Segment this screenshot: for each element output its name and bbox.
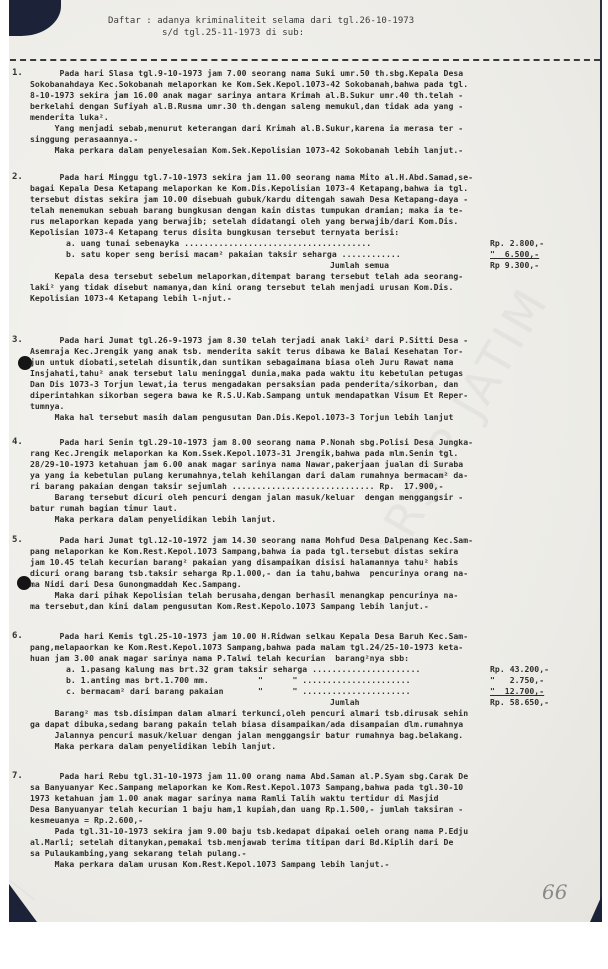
entry-line: Kepolisian 1073-4 Ketapang lebih l-njut.…: [30, 293, 232, 304]
entry-line: Maka perkara dalam penyelidikan lebih la…: [30, 514, 276, 525]
entry-line: tumnya.: [30, 401, 64, 412]
entry-line: al.Marli; setelah ditanykan,pemakai tsb.…: [30, 837, 453, 848]
entry-line: huan jam 3.00 anak magar sarinya nama P.…: [30, 653, 409, 664]
item-label: a. 1.pasang kalung mas brt.32 gram taksi…: [66, 664, 420, 675]
entry-line: dicuri orang barang tsb.taksir seharga R…: [30, 568, 468, 579]
entry-line: Maka perkara dalam penyelesaian Kom.Sek.…: [30, 145, 463, 156]
entry-line: pang melaporkan ke Kom.Rest.Kepol.1073 S…: [30, 546, 458, 557]
document-title: Daftar : adanya kriminaliteit selama dar…: [108, 16, 414, 27]
entry-line: ma Nidi dari Desa Gunongmaddah Kec.Sampa…: [30, 579, 242, 590]
item-label: b. 1.anting mas brt.1.700 mm. " " ......…: [66, 675, 411, 686]
entry-line: Insjahati,tahu² anak tersebut lalu menin…: [30, 368, 463, 379]
entry-line: jam 10.45 telah kecurian barang² pakaian…: [30, 557, 458, 568]
entry-line: berkelahi dengan Sufiyah al.B.Rusma umr.…: [30, 101, 463, 112]
entry-line: Asemraja Kec.Jrengik yang anak tsb. mend…: [30, 346, 463, 357]
entry-line: singgung perasaannya.-: [30, 134, 138, 145]
item-amount: Rp. 2.800,-: [490, 238, 544, 249]
entry-line: rus melaporkan kepada yang berwajib; set…: [30, 216, 458, 227]
document-subtitle: s/d tgl.25-11-1973 di sub:: [162, 28, 304, 39]
entry-line: Pada tgl.31-10-1973 sekira jam 9.00 baju…: [30, 826, 468, 837]
entry-number: 5.: [12, 535, 23, 545]
entry-line: Pada hari Jumat tgl.26-9-1973 jam 8.30 t…: [30, 335, 468, 346]
entry-number: 1.: [12, 68, 23, 78]
total-amount: Rp. 58.650,-: [490, 697, 549, 708]
total-label: Jumlah: [330, 697, 360, 708]
entry-line: Maka dari pihak Kepolisian telah berusah…: [30, 590, 458, 601]
entry-line: Dan Dis 1073-3 Torjun lewat,ia terus men…: [30, 379, 458, 390]
entry-line: Jalannya pencuri masuk/keluar dengan jal…: [30, 730, 463, 741]
entry-line: sa Banyuanyar Kec.Sampang melaporkan ke …: [30, 782, 463, 793]
entry-number: 2.: [12, 172, 23, 182]
entry-line: Kepala desa tersebut sebelum melaporkan,…: [30, 271, 463, 282]
entry-line: bagai Kepala Desa Ketapang melaporkan ke…: [30, 183, 468, 194]
entry-line: Pada hari Rebu tgl.31-10-1973 jam 11.00 …: [30, 771, 468, 782]
total-amount: Rp 9.300,-: [490, 260, 539, 271]
entry-line: ma tersebut,dan kini dalam pengusutan Ko…: [30, 601, 429, 612]
entry-line: Maka perkara dalam penyelidikan lebih la…: [30, 741, 276, 752]
item-amount: " 12.700,-: [490, 686, 544, 697]
entry-line: Yang menjadi sebab,menurut keterangan da…: [30, 123, 463, 134]
entry-number: 6.: [12, 631, 23, 641]
entry-line: ri barang pakaian dengan taksir sejumlah…: [30, 481, 444, 492]
entry-line: Barang tersebut dicuri oleh pencuri deng…: [30, 492, 463, 503]
entry-line: ga dapat dibuka,sedang barang pakain tel…: [30, 719, 463, 730]
entry-number: 3.: [12, 335, 23, 345]
entry-line: sa Pulaukambing,yang sekarang telah pula…: [30, 848, 247, 859]
item-amount: Rp. 43.200,-: [490, 664, 549, 675]
entry-line: tersebut distas sekira jam 10.00 disebua…: [30, 194, 468, 205]
entry-line: Kepolisian 1073-4 Ketapang terus disita …: [30, 227, 399, 238]
entry-line: Pada hari Minggu tgl.7-10-1973 sekira ja…: [30, 172, 473, 183]
entry-line: ya yang ia kebetulan pulang kerumahnya,t…: [30, 470, 468, 481]
punch-hole: [17, 576, 31, 590]
entry-line: Maka perkara dalam urusan Kom.Rest.Kepol…: [30, 859, 389, 870]
entry-line: 1973 ketahuan jam 1.00 anak magar sariny…: [30, 793, 439, 804]
entry-line: laki² yang tidak disebut namanya,dan kin…: [30, 282, 453, 293]
entry-line: rang Kec.Jrengik melaporkan ka Kom.Ssek.…: [30, 448, 458, 459]
item-label: b. satu koper seng berisi macam² pakaian…: [66, 249, 401, 260]
entry-number: 4.: [12, 437, 23, 447]
entry-line: pang,melapaorkan ke Kom.Rest.Kepol.1073 …: [30, 642, 463, 653]
entry-line: Pada hari Kemis tgl.25-10-1973 jam 10.00…: [30, 631, 468, 642]
handwritten-page-number: 66: [542, 880, 567, 904]
entry-line: Barang² mas tsb.disimpan dalam almari te…: [30, 708, 468, 719]
entry-line: 8-10-1973 sekira jam 16.00 anak magar sa…: [30, 90, 463, 101]
entry-line: menderita luka².: [30, 112, 109, 123]
item-amount: " 6.500,-: [490, 249, 539, 260]
entry-line: 28/29-10-1973 ketahuan jam 6.00 anak mag…: [30, 459, 463, 470]
entry-line: Pada hari Jumat tgl.12-10-1972 jam 14.30…: [30, 535, 473, 546]
entry-line: kesmeuanya = Rp.2.600,-: [30, 815, 143, 826]
item-label: a. uang tunai sebenayka ................…: [66, 238, 371, 249]
item-amount: " 2.750,-: [490, 675, 544, 686]
page-right-edge: [600, 0, 602, 922]
entry-number: 7.: [12, 771, 23, 781]
entry-line: jun untuk diobati,setelah disuntik,dan s…: [30, 357, 453, 368]
entry-line: Pada hari Senin tgl.29-10-1973 jam 8.00 …: [30, 437, 473, 448]
total-label: Jumlah semua: [330, 260, 389, 271]
item-label: c. bermacam² dari barang pakaian " " ...…: [66, 686, 411, 697]
entry-line: batur rumah bagian timur laut.: [30, 503, 178, 514]
entry-line: Desa Banyuanyar telah kecurian 1 baju ha…: [30, 804, 463, 815]
entry-line: diperintahkan sikorban segera bawa ke R.…: [30, 390, 468, 401]
entry-line: telah menemukan sebuah barang bungkusan …: [30, 205, 463, 216]
header-divider: [10, 59, 600, 61]
entry-line: Sokobanahdaya Kec.Sokobanah melaporkan k…: [30, 79, 468, 90]
entry-line: Maka hal tersebut masih dalam pengusutan…: [30, 412, 453, 423]
entry-line: Pada hari Slasa tgl.9-10-1973 jam 7.00 s…: [30, 68, 463, 79]
